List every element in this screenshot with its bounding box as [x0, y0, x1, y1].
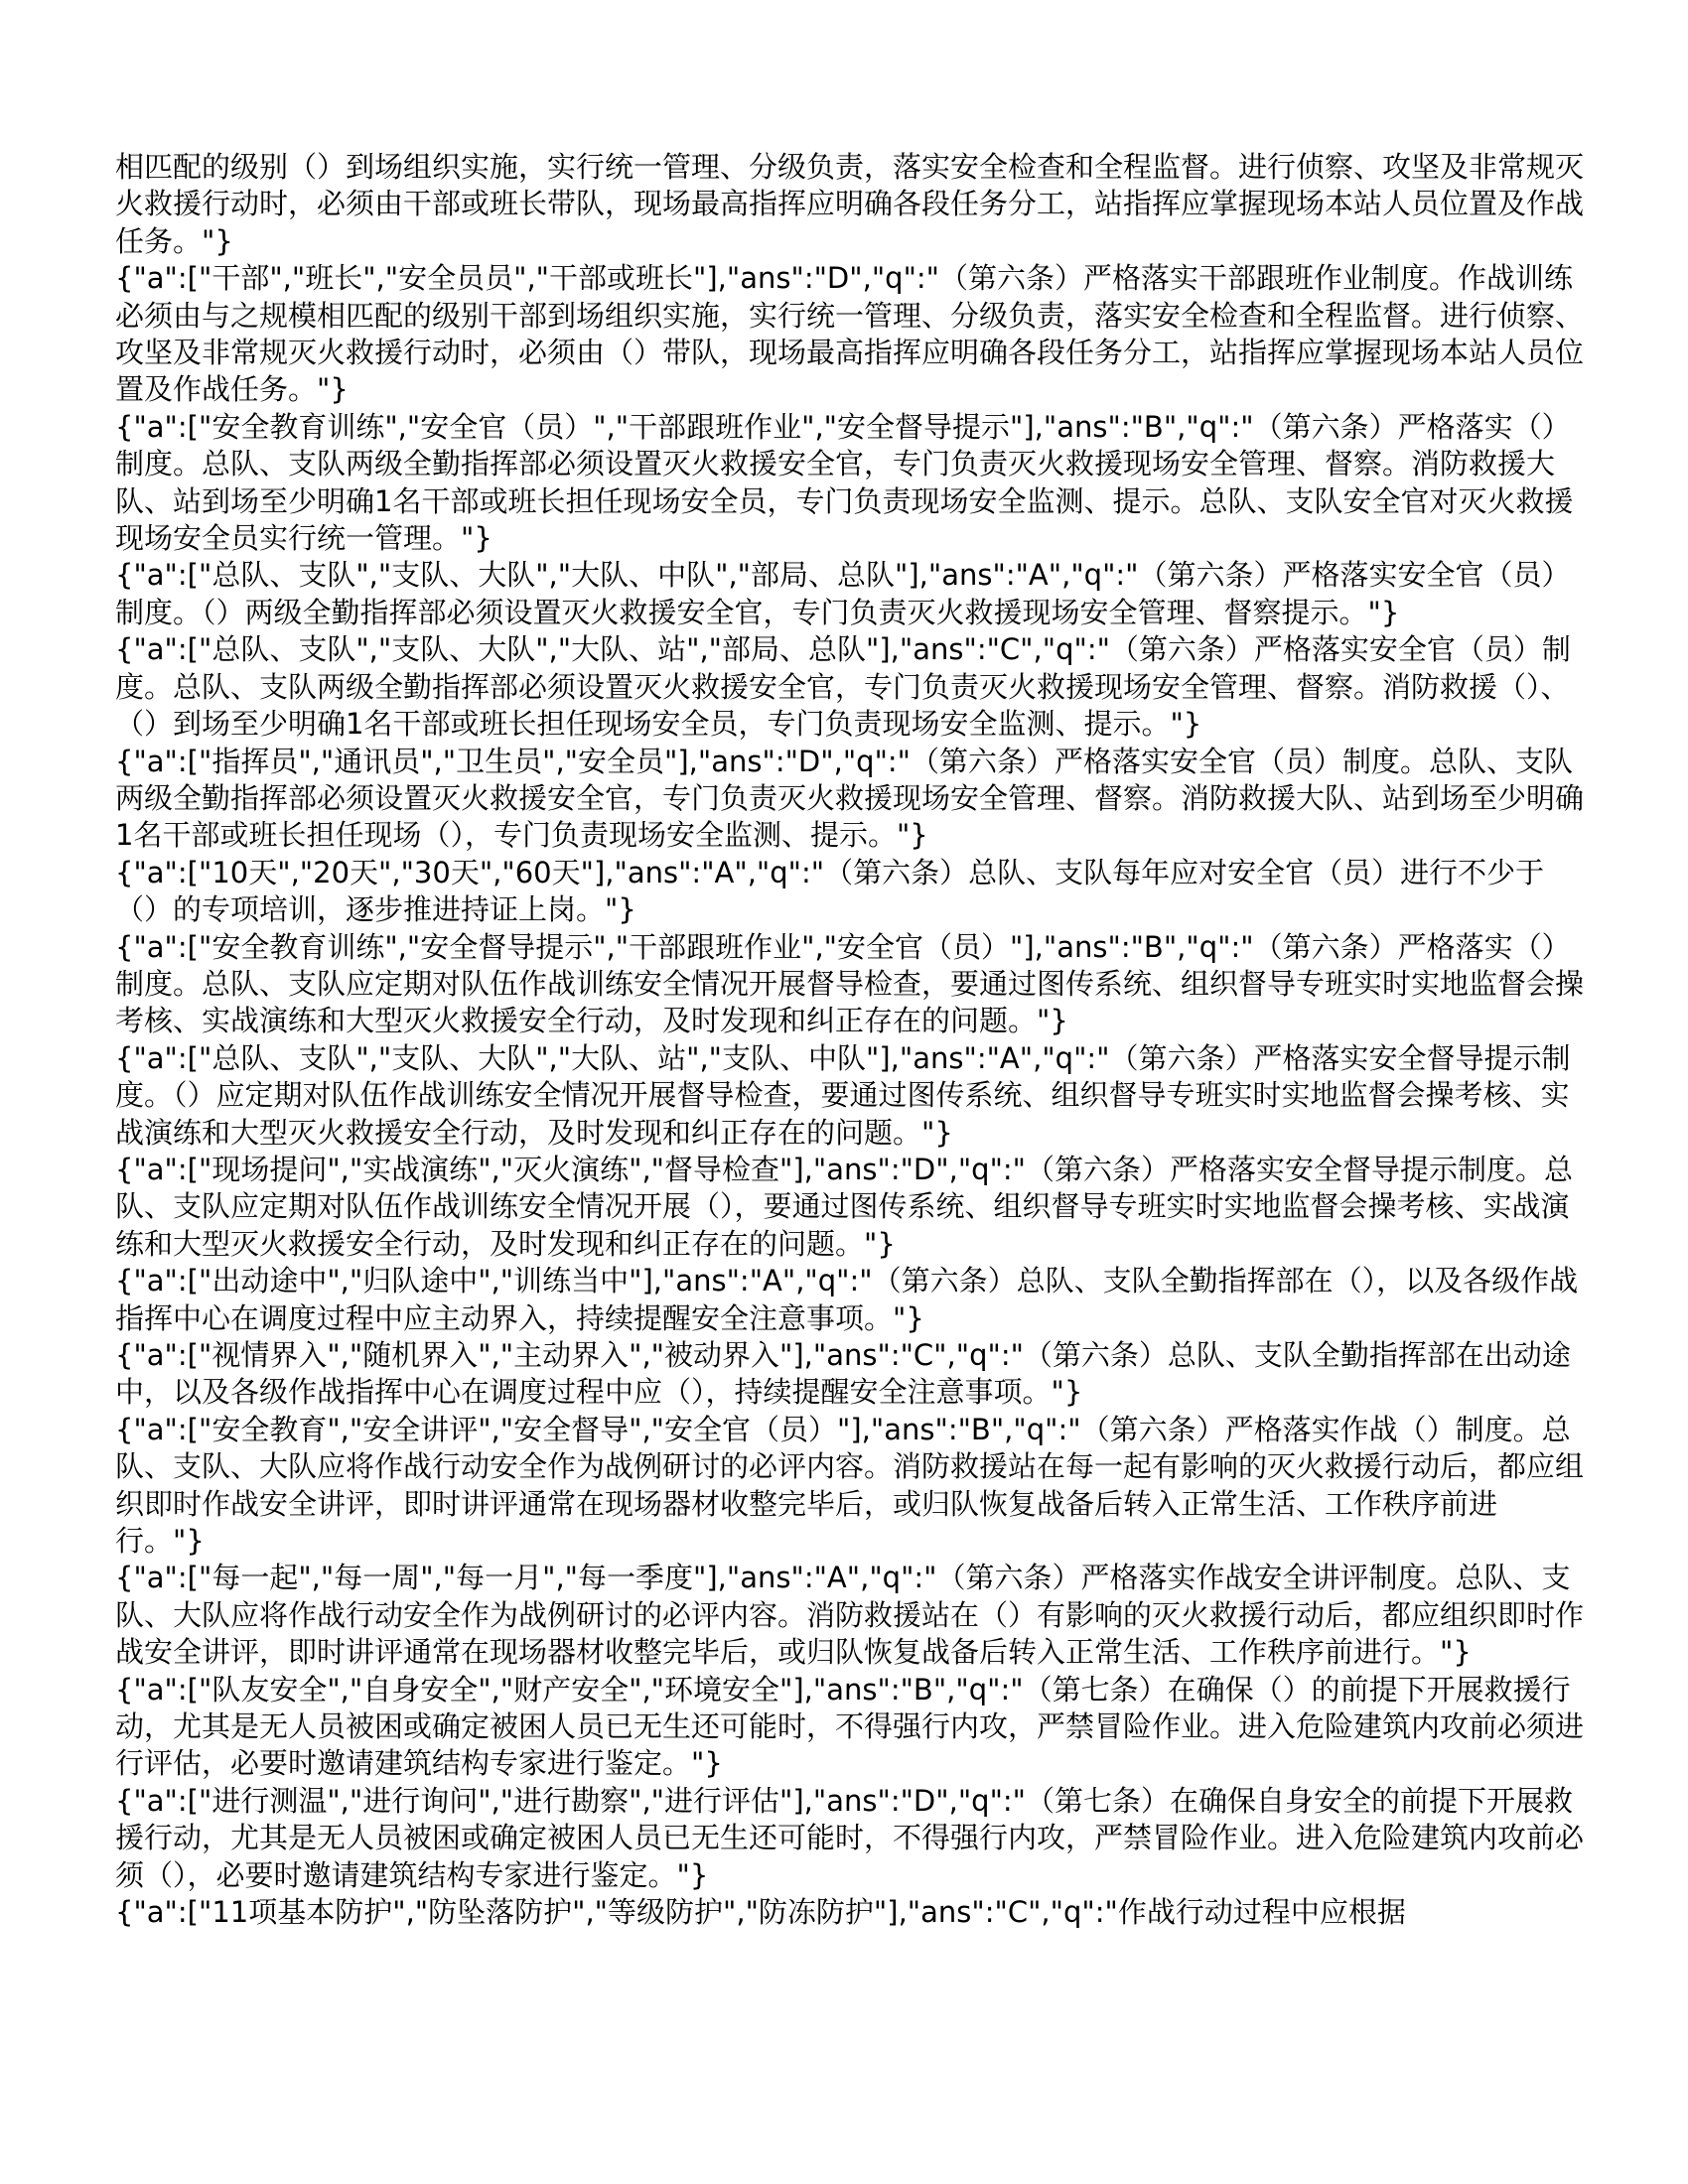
jsonl-record: {"a":["现场提问","实战演练","灭火演练","督导检查"],"ans"… — [115, 1152, 1585, 1263]
jsonl-record: {"a":["总队、支队","支队、大队","大队、站","支队、中队"],"a… — [115, 1040, 1585, 1152]
jsonl-record: {"a":["每一起","每一周","每一月","每一季度"],"ans":"A… — [115, 1560, 1585, 1671]
jsonl-record: 相匹配的级别（）到场组织实施，实行统一管理、分级负责，落实安全检查和全程监督。进… — [115, 149, 1585, 260]
text-content: 相匹配的级别（）到场组织实施，实行统一管理、分级负责，落实安全检查和全程监督。进… — [0, 0, 1688, 1932]
jsonl-record: {"a":["出动途中","归队途中","训练当中"],"ans":"A","q… — [115, 1263, 1585, 1337]
jsonl-record: {"a":["安全教育训练","安全督导提示","干部跟班作业","安全官（员）… — [115, 929, 1585, 1040]
jsonl-record: {"a":["进行测温","进行询问","进行勘察","进行评估"],"ans"… — [115, 1783, 1585, 1894]
jsonl-record: {"a":["11项基本防护","防坠落防护","等级防护","防冻防护"],"… — [115, 1894, 1585, 1931]
jsonl-record: {"a":["干部","班长","安全员员","干部或班长"],"ans":"D… — [115, 260, 1585, 409]
jsonl-record: {"a":["安全教育","安全讲评","安全督导","安全官（员）"],"an… — [115, 1412, 1585, 1561]
document-page: 相匹配的级别（）到场组织实施，实行统一管理、分级负责，落实安全检查和全程监督。进… — [0, 0, 1688, 2184]
jsonl-record: {"a":["视情界入","随机界入","主动界入","被动界入"],"ans"… — [115, 1337, 1585, 1412]
jsonl-record: {"a":["10天","20天","30天","60天"],"ans":"A"… — [115, 855, 1585, 929]
jsonl-record: {"a":["总队、支队","支队、大队","大队、站","部局、总队"],"a… — [115, 631, 1585, 743]
jsonl-record: {"a":["队友安全","自身安全","财产安全","环境安全"],"ans"… — [115, 1672, 1585, 1783]
jsonl-record: {"a":["安全教育训练","安全官（员）","干部跟班作业","安全督导提示… — [115, 409, 1585, 558]
jsonl-record: {"a":["总队、支队","支队、大队","大队、中队","部局、总队"],"… — [115, 557, 1585, 631]
jsonl-record: {"a":["指挥员","通讯员","卫生员","安全员"],"ans":"D"… — [115, 744, 1585, 855]
